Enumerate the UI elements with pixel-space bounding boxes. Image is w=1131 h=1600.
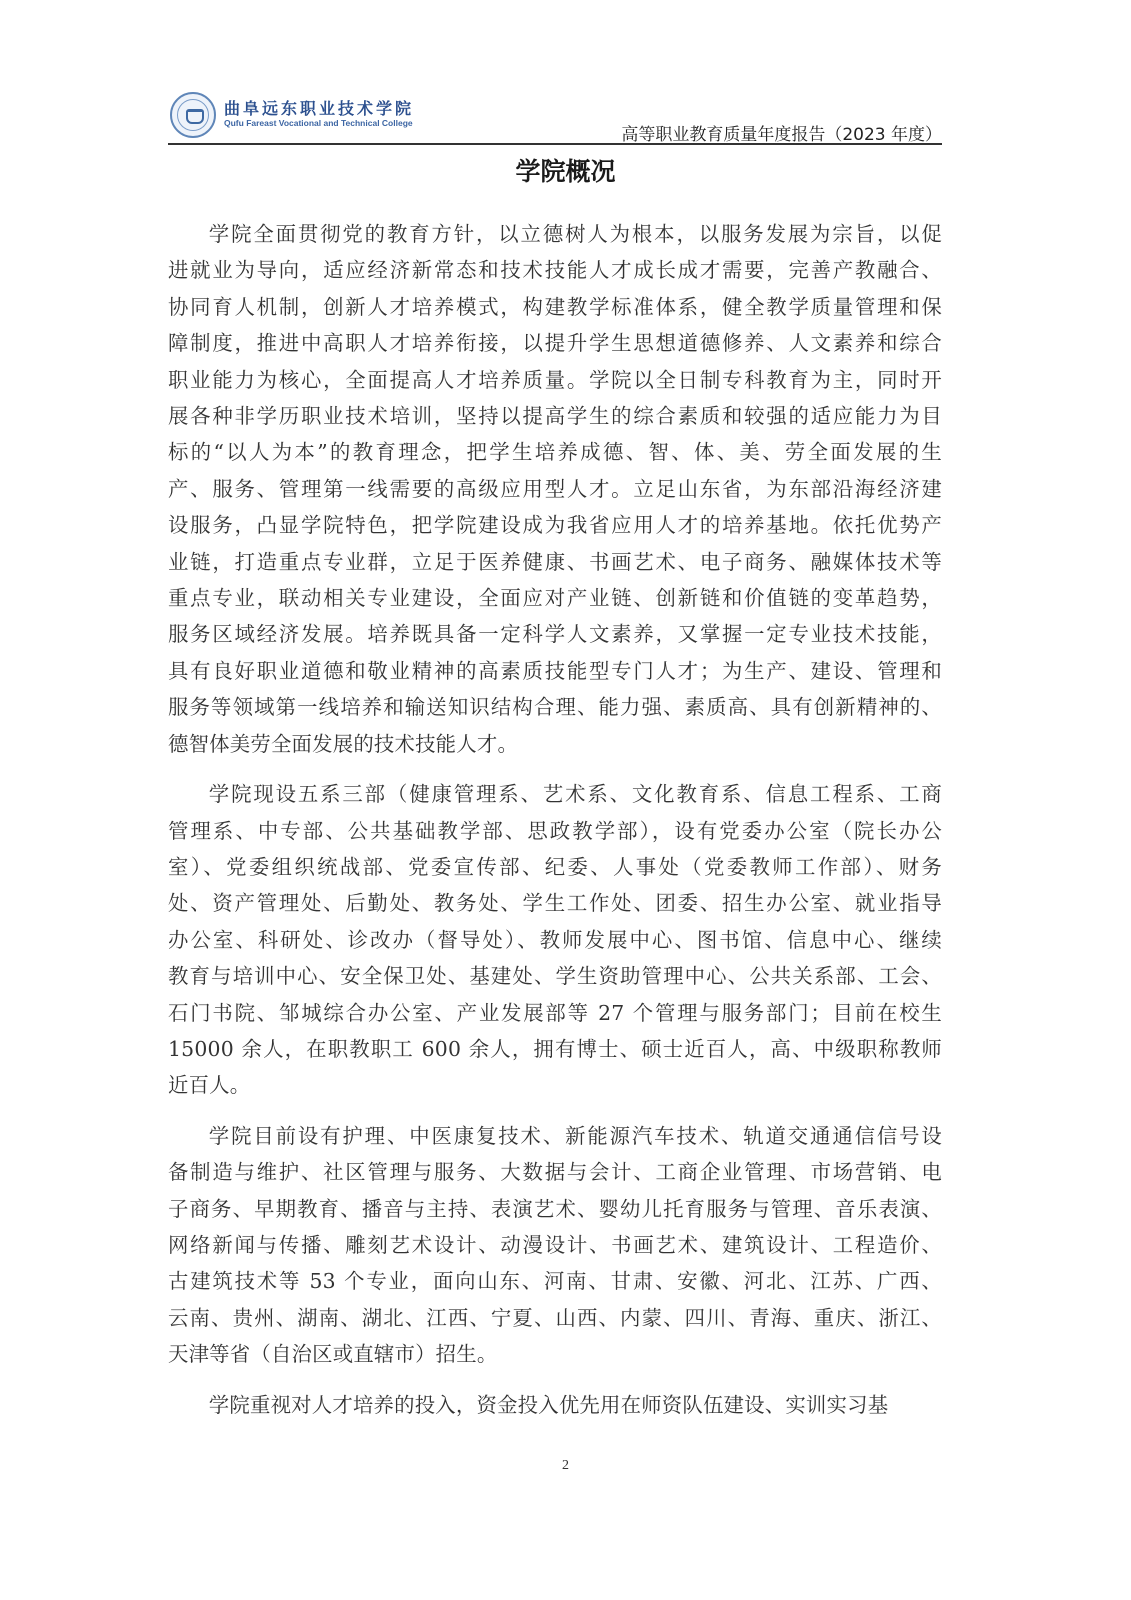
text-line: 产、服务、管理第一线需要的高级应用型人才。立足山东省，为东部沿海经济建 (168, 471, 942, 507)
text-line: 石门书院、邹城综合办公室、产业发展部等 27 个管理与服务部门；目前在校生 (168, 995, 942, 1031)
text-line: 15000 余人，在职教职工 600 余人，拥有博士、硕士近百人，高、中级职称教… (168, 1031, 942, 1067)
text-line: 学院全面贯彻党的教育方针，以立德树人为根本，以服务发展为宗旨，以促 (168, 216, 942, 252)
text-line: 学院现设五系三部（健康管理系、艺术系、文化教育系、信息工程系、工商 (168, 776, 942, 812)
text-line: 设服务，凸显学院特色，把学院建设成为我省应用人才的培养基地。依托优势产 (168, 507, 942, 543)
text-line: 天津等省（自治区或直辖市）招生。 (168, 1336, 942, 1372)
text-line: 办公室、科研处、诊改办（督导处）、教师发展中心、图书馆、信息中心、继续 (168, 922, 942, 958)
text-line: 障制度，推进中高职人才培养衔接，以提升学生思想道德修养、人文素养和综合 (168, 325, 942, 361)
text-line: 备制造与维护、社区管理与服务、大数据与会计、工商企业管理、市场营销、电 (168, 1154, 942, 1190)
college-emblem-icon (170, 92, 216, 138)
report-title: 高等职业教育质量年度报告（2023 年度） (621, 120, 942, 145)
text-line: 进就业为导向，适应经济新常态和技术技能人才成长成才需要，完善产教融合、 (168, 252, 942, 288)
text-line: 重点专业，联动相关专业建设，全面应对产业链、创新链和价值链的变革趋势， (168, 580, 942, 616)
text-line: 职业能力为核心，全面提高人才培养质量。学院以全日制专科教育为主，同时开 (168, 362, 942, 398)
document-page: 曲阜远东职业技术学院 Qufu Fareast Vocational and T… (0, 0, 1131, 1600)
text-line: 德智体美劳全面发展的技术技能人才。 (168, 726, 942, 762)
text-line: 标的“以人为本”的教育理念，把学生培养成德、智、体、美、劳全面发展的生 (168, 434, 942, 470)
text-line: 室）、党委组织统战部、党委宣传部、纪委、人事处（党委教师工作部）、财务 (168, 849, 942, 885)
header-divider (168, 143, 942, 145)
text-line: 云南、贵州、湖南、湖北、江西、宁夏、山西、内蒙、四川、青海、重庆、浙江、 (168, 1300, 942, 1336)
text-line: 学院重视对人才培养的投入，资金投入优先用在师资队伍建设、实训实习基 (168, 1387, 942, 1423)
text-line: 展各种非学历职业技术培训，坚持以提高学生的综合素质和较强的适应能力为目 (168, 398, 942, 434)
text-line: 古建筑技术等 53 个专业，面向山东、河南、甘肃、安徽、河北、江苏、广西、 (168, 1263, 942, 1299)
text-line: 子商务、早期教育、播音与主持、表演艺术、婴幼儿托育服务与管理、音乐表演、 (168, 1191, 942, 1227)
text-line: 具有良好职业道德和敬业精神的高素质技能型专门人才；为生产、建设、管理和 (168, 653, 942, 689)
text-line: 近百人。 (168, 1067, 942, 1103)
text-line: 服务区域经济发展。培养既具备一定科学人文素养，又掌握一定专业技术技能， (168, 616, 942, 652)
college-name-cn: 曲阜远东职业技术学院 (224, 96, 414, 119)
text-line: 业链，打造重点专业群，立足于医养健康、书画艺术、电子商务、融媒体技术等 (168, 544, 942, 580)
paragraph: 学院全面贯彻党的教育方针，以立德树人为根本，以服务发展为宗旨，以促进就业为导向，… (168, 216, 942, 762)
paragraph: 学院目前设有护理、中医康复技术、新能源汽车技术、轨道交通通信信号设备制造与维护、… (168, 1118, 942, 1373)
document-body: 学院全面贯彻党的教育方针，以立德树人为根本，以服务发展为宗旨，以促进就业为导向，… (168, 216, 942, 1423)
paragraph: 学院现设五系三部（健康管理系、艺术系、文化教育系、信息工程系、工商管理系、中专部… (168, 776, 942, 1104)
text-line: 教育与培训中心、安全保卫处、基建处、学生资助管理中心、公共关系部、工会、 (168, 958, 942, 994)
text-line: 网络新闻与传播、雕刻艺术设计、动漫设计、书画艺术、建筑设计、工程造价、 (168, 1227, 942, 1263)
section-title: 学院概况 (0, 152, 1131, 188)
text-line: 处、资产管理处、后勤处、教务处、学生工作处、团委、招生办公室、就业指导 (168, 885, 942, 921)
text-line: 协同育人机制，创新人才培养模式，构建教学标准体系，健全教学质量管理和保 (168, 289, 942, 325)
text-line: 服务等领域第一线培养和输送知识结构合理、能力强、素质高、具有创新精神的、 (168, 689, 942, 725)
college-name-en: Qufu Fareast Vocational and Technical Co… (224, 118, 413, 128)
paragraph: 学院重视对人才培养的投入，资金投入优先用在师资队伍建设、实训实习基 (168, 1387, 942, 1423)
page-header: 曲阜远东职业技术学院 Qufu Fareast Vocational and T… (168, 88, 942, 144)
text-line: 学院目前设有护理、中医康复技术、新能源汽车技术、轨道交通通信信号设 (168, 1118, 942, 1154)
page-number: 2 (0, 1458, 1131, 1474)
text-line: 管理系、中专部、公共基础教学部、思政教学部），设有党委办公室（院长办公 (168, 813, 942, 849)
